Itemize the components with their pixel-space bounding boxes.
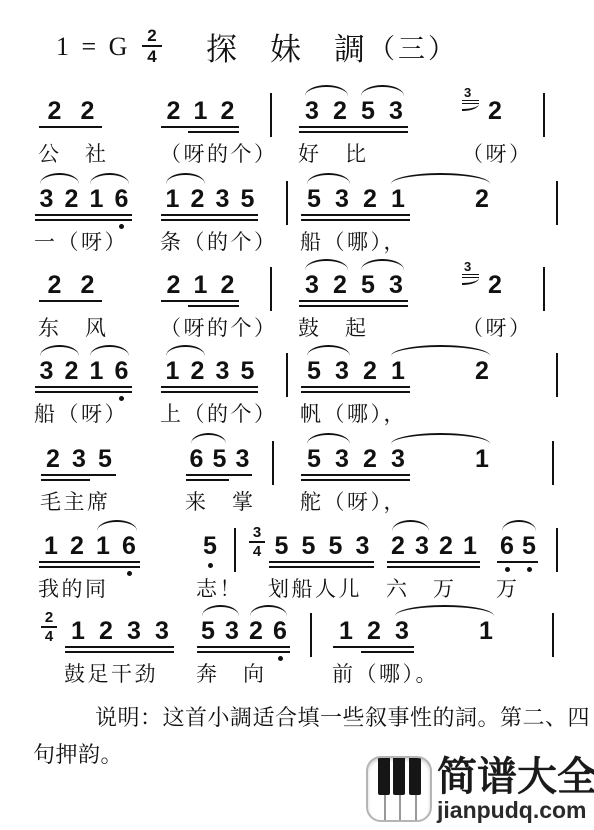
- octave-dot: [527, 567, 532, 572]
- lyric-text: 条（的个）: [160, 226, 278, 256]
- lyric-text: 六 万: [386, 573, 457, 603]
- underline-second: [387, 566, 480, 568]
- note-digit: 2: [64, 533, 90, 559]
- note-digit: 3: [384, 446, 412, 472]
- note-digit: 2: [386, 533, 410, 559]
- lyric-text: 志！: [196, 573, 243, 603]
- note-digit: 2: [59, 186, 84, 212]
- watermark-brand: 简谱大全: [437, 756, 594, 798]
- underline-second: [188, 305, 239, 307]
- notes-row: 3253: [298, 98, 410, 124]
- underline-second: [161, 391, 258, 393]
- note-group: 653来 掌: [185, 446, 254, 472]
- underline-second: [35, 219, 132, 221]
- note-digit: 2: [434, 533, 458, 559]
- note-digit: 1: [472, 618, 500, 644]
- note-spacer: [412, 358, 440, 384]
- underline: [161, 386, 258, 388]
- underline-second: [39, 566, 140, 568]
- note-digit: 3: [66, 446, 92, 472]
- note-digit: 1: [384, 186, 412, 212]
- watermark-text: 简谱大全 jianpudq.com: [437, 756, 594, 822]
- note-digit: 2: [59, 358, 84, 384]
- note-digit: 2: [356, 358, 384, 384]
- note-digit: 5: [268, 533, 295, 559]
- underline: [387, 561, 480, 563]
- note-spacer: [416, 618, 444, 644]
- slur: [391, 433, 490, 444]
- underline: [333, 646, 414, 648]
- slur: [166, 345, 205, 356]
- slur: [307, 433, 350, 444]
- note-group: 1231前（哪）。: [332, 618, 500, 644]
- note-digit: 2: [71, 98, 104, 124]
- black-key: [393, 758, 405, 795]
- note-digit: 3: [210, 358, 235, 384]
- notes-row: 235: [40, 446, 118, 472]
- note-group: 212（呀的个）: [160, 98, 241, 124]
- slur: [305, 85, 348, 96]
- notes-row: 32: [462, 98, 514, 124]
- slur: [305, 259, 348, 270]
- note-digit: 3: [210, 186, 235, 212]
- note-group: 32（呀）: [462, 98, 514, 124]
- underline: [301, 214, 410, 216]
- octave-dot: [127, 571, 132, 576]
- underline: [35, 214, 132, 216]
- underline: [41, 474, 116, 476]
- underline-second: [188, 131, 239, 133]
- notes-row: 1235: [160, 358, 260, 384]
- note-group: 22东 风: [38, 272, 104, 298]
- note-digit: 1: [84, 186, 109, 212]
- note-digit: 5: [322, 533, 349, 559]
- underline-second: [301, 391, 410, 393]
- underline: [39, 561, 140, 563]
- underline: [497, 561, 538, 563]
- note-digit: 3: [382, 272, 410, 298]
- underline: [301, 474, 410, 476]
- note-digit: 2: [40, 446, 66, 472]
- note-group: 1233鼓足干劲: [64, 618, 176, 644]
- note-digit: 6: [268, 618, 292, 644]
- note-group: 2321六 万: [386, 533, 482, 559]
- lyric-text: （呀）: [462, 138, 533, 168]
- slur: [250, 605, 287, 616]
- note-digit: 2: [326, 272, 354, 298]
- note-digit: 5: [300, 186, 328, 212]
- note-digit: 5: [208, 446, 231, 472]
- note-group: 3253好 比: [298, 98, 410, 124]
- underline-second: [361, 651, 414, 653]
- note-digit: 1: [84, 358, 109, 384]
- note-digit: 1: [90, 533, 116, 559]
- octave-dot: [278, 656, 283, 661]
- sheet-music-page: 1 = G 2 4 探妹調 （三） 22公 社212（呀的个）3253好 比32…: [0, 0, 594, 830]
- slur: [307, 345, 350, 356]
- note-digit: 1: [332, 618, 360, 644]
- note-digit: 3: [328, 186, 356, 212]
- note-group: 235毛主席: [40, 446, 118, 472]
- note-spacer: [412, 446, 440, 472]
- note-group: 1235上（的个）: [160, 358, 260, 384]
- note-group: 3216一（呀）: [34, 186, 134, 212]
- note-group: 22公 社: [38, 98, 104, 124]
- underline: [301, 386, 410, 388]
- grace-note: 3: [462, 260, 479, 286]
- note-digit: 5: [196, 618, 220, 644]
- note-digit: 5: [235, 358, 260, 384]
- underline: [299, 126, 408, 128]
- notes-row: 53212: [300, 186, 496, 212]
- note-spacer: [444, 618, 472, 644]
- note-digit: 2: [244, 618, 268, 644]
- note-digit: 6: [496, 533, 518, 559]
- note-digit: 5: [518, 533, 540, 559]
- white-key-separator: [399, 794, 401, 820]
- barline: [234, 528, 236, 572]
- time-signature: 24: [40, 610, 58, 644]
- slur: [40, 345, 79, 356]
- note-digit: 5: [300, 446, 328, 472]
- note-group: 53231舵（呀），: [300, 446, 496, 472]
- grace-note-digit: 3: [462, 260, 479, 278]
- slur: [307, 173, 350, 184]
- note-digit: 1: [187, 272, 214, 298]
- barline: [272, 441, 274, 485]
- note-digit: 5: [300, 358, 328, 384]
- note-digit: 3: [231, 446, 254, 472]
- notes-row: 3216: [34, 358, 134, 384]
- notes-row: 22: [38, 98, 104, 124]
- note-group: 32（呀）: [462, 272, 514, 298]
- grace-note-digit: 3: [462, 86, 479, 104]
- note-digit: 3: [410, 533, 434, 559]
- note-group: 53212帆（哪），: [300, 358, 496, 384]
- grace-slur: [462, 278, 479, 285]
- note-digit: 2: [481, 272, 509, 298]
- time-signature-numerator: 2: [45, 610, 53, 625]
- notes-row: 653: [185, 446, 254, 472]
- underline: [65, 646, 174, 648]
- note-digit: 2: [481, 98, 509, 124]
- underline-second: [301, 479, 410, 481]
- note-group: 3216船（呀）: [34, 358, 134, 384]
- underline-second: [197, 651, 290, 653]
- lyric-text: 上（的个）: [160, 398, 278, 428]
- note-digit: 1: [187, 98, 214, 124]
- slur: [97, 520, 137, 531]
- note-group: 1216我的同: [38, 533, 142, 559]
- notes-row: 1233: [64, 618, 176, 644]
- slur: [166, 173, 205, 184]
- underline-second: [41, 479, 90, 481]
- notes-row: 53212: [300, 358, 496, 384]
- lyric-text: 一（呀）: [34, 226, 128, 256]
- underline-second: [299, 131, 408, 133]
- barline: [543, 267, 545, 311]
- underline-second: [161, 219, 258, 221]
- watermark-site: jianpudq.com: [437, 798, 594, 822]
- white-key-separator: [384, 794, 386, 820]
- note-digit: 3: [382, 98, 410, 124]
- note-digit: 3: [388, 618, 416, 644]
- note-digit: 2: [326, 98, 354, 124]
- slur: [90, 173, 129, 184]
- barline: [270, 267, 272, 311]
- note-group: 53212船（哪），: [300, 186, 496, 212]
- barline: [556, 181, 558, 225]
- slur: [40, 173, 79, 184]
- notes-row: 1216: [38, 533, 142, 559]
- lyric-text: （呀）: [462, 312, 533, 342]
- note-digit: 5: [354, 272, 382, 298]
- slur: [502, 520, 536, 531]
- lyric-text: 奔 向: [196, 658, 267, 688]
- note-spacer: [412, 186, 440, 212]
- note-group: 5553划船人儿: [268, 533, 376, 559]
- note-digit: 1: [38, 533, 64, 559]
- note-group: 3253鼓 起: [298, 272, 410, 298]
- note-spacer: [440, 358, 468, 384]
- barline: [286, 353, 288, 397]
- note-group: 1235条（的个）: [160, 186, 260, 212]
- note-digit: 1: [384, 358, 412, 384]
- barline: [286, 181, 288, 225]
- lyric-text: （呀的个）: [160, 138, 278, 168]
- underline-second: [35, 391, 132, 393]
- note-digit: 3: [328, 446, 356, 472]
- underline: [39, 126, 102, 128]
- underline: [39, 300, 102, 302]
- note-digit: 6: [116, 533, 142, 559]
- slur: [392, 520, 429, 531]
- slur: [361, 259, 404, 270]
- piano-keys-icon: [366, 756, 432, 822]
- note-digit: 1: [458, 533, 482, 559]
- note-digit: 2: [38, 272, 71, 298]
- underline: [161, 214, 258, 216]
- lyric-text: 好 比: [298, 138, 369, 168]
- note-digit: 2: [185, 186, 210, 212]
- note-digit: 6: [185, 446, 208, 472]
- note-digit: 6: [109, 358, 134, 384]
- lyric-text: 船（呀）: [34, 398, 128, 428]
- note-digit: 5: [196, 533, 224, 559]
- lyric-text: 毛主席: [40, 486, 111, 516]
- slur: [191, 433, 227, 444]
- time-signature: 34: [248, 525, 266, 559]
- note-spacer: [440, 446, 468, 472]
- note-digit: 2: [92, 618, 120, 644]
- note-digit: 2: [468, 358, 496, 384]
- watermark: 简谱大全 jianpudq.com: [366, 756, 594, 822]
- slur: [395, 605, 494, 616]
- note-digit: 2: [185, 358, 210, 384]
- note-digit: 1: [160, 358, 185, 384]
- time-signature-denominator: 4: [45, 629, 53, 644]
- note-digit: 3: [34, 186, 59, 212]
- slur: [90, 345, 129, 356]
- lyric-text: 鼓足干劲: [64, 658, 158, 688]
- note-digit: 1: [160, 186, 185, 212]
- notes-row: 1235: [160, 186, 260, 212]
- lyric-text: 前（哪）。: [332, 658, 439, 688]
- notes-row: 5326: [196, 618, 292, 644]
- underline-second: [301, 219, 410, 221]
- lyric-text: 我的同: [38, 573, 109, 603]
- notes-row: 22: [38, 272, 104, 298]
- note-digit: 1: [468, 446, 496, 472]
- note-digit: 3: [34, 358, 59, 384]
- note-digit: 2: [356, 186, 384, 212]
- lyric-text: 帆（哪），: [300, 398, 407, 428]
- note-group: 5志！: [196, 533, 224, 559]
- notes-row: 32: [462, 272, 514, 298]
- note-digit: 3: [298, 98, 326, 124]
- barline: [270, 93, 272, 137]
- lyric-text: 划船人儿: [268, 573, 362, 603]
- barline: [310, 613, 312, 657]
- barline: [552, 441, 554, 485]
- underline-second: [299, 305, 408, 307]
- white-key-separator: [415, 794, 417, 820]
- note-digit: 3: [220, 618, 244, 644]
- lyric-text: 公 社: [38, 138, 109, 168]
- lyric-text: 鼓 起: [298, 312, 369, 342]
- underline: [299, 300, 408, 302]
- slur: [391, 173, 490, 184]
- note-digit: 6: [109, 186, 134, 212]
- lyric-text: 东 风: [38, 312, 109, 342]
- barline: [556, 353, 558, 397]
- notes-row: 2321: [386, 533, 482, 559]
- note-digit: 2: [160, 98, 187, 124]
- note-group: 212（呀的个）: [160, 272, 241, 298]
- note-digit: 2: [360, 618, 388, 644]
- notes-row: 212: [160, 272, 241, 298]
- grace-slur: [462, 104, 479, 111]
- note-group: 65万: [496, 533, 540, 559]
- black-key: [378, 758, 390, 795]
- notes-row: 53231: [300, 446, 496, 472]
- underline: [161, 300, 239, 302]
- underline-second: [269, 566, 374, 568]
- note-digit: 3: [120, 618, 148, 644]
- lyric-text: 万: [496, 573, 520, 603]
- underline: [197, 646, 290, 648]
- octave-dot: [208, 563, 213, 568]
- note-digit: 2: [160, 272, 187, 298]
- note-digit: 5: [92, 446, 118, 472]
- lyric-text: 来 掌: [185, 486, 256, 516]
- note-digit: 5: [354, 98, 382, 124]
- octave-dot: [505, 567, 510, 572]
- notes-row: 5: [196, 533, 224, 559]
- note-digit: 1: [64, 618, 92, 644]
- slur: [361, 85, 404, 96]
- underline: [161, 126, 239, 128]
- note-digit: 3: [349, 533, 376, 559]
- notes-row: 1231: [332, 618, 500, 644]
- underline-second: [186, 479, 229, 481]
- lyric-text: 船（哪），: [300, 226, 407, 256]
- time-signature-denominator: 4: [253, 544, 261, 559]
- note-digit: 2: [356, 446, 384, 472]
- slur: [202, 605, 239, 616]
- underline: [269, 561, 374, 563]
- barline: [543, 93, 545, 137]
- notes-row: 3253: [298, 272, 410, 298]
- note-digit: 3: [328, 358, 356, 384]
- note-digit: 2: [71, 272, 104, 298]
- barline: [552, 613, 554, 657]
- notes-row: 5553: [268, 533, 376, 559]
- note-digit: 5: [295, 533, 322, 559]
- lyric-text: 舵（呀），: [300, 486, 407, 516]
- note-digit: 3: [298, 272, 326, 298]
- notes-row: 212: [160, 98, 241, 124]
- lyric-text: （呀的个）: [160, 312, 278, 342]
- black-key: [409, 758, 421, 795]
- notes-row: 3216: [34, 186, 134, 212]
- grace-note: 3: [462, 86, 479, 112]
- note-digit: 2: [38, 98, 71, 124]
- note-digit: 3: [148, 618, 176, 644]
- note-digit: 5: [235, 186, 260, 212]
- note-group: 5326奔 向: [196, 618, 292, 644]
- time-signature-numerator: 3: [253, 525, 261, 540]
- underline: [186, 474, 252, 476]
- note-spacer: [440, 186, 468, 212]
- note-digit: 2: [214, 272, 241, 298]
- note-digit: 2: [214, 98, 241, 124]
- underline: [35, 386, 132, 388]
- notes-row: 65: [496, 533, 540, 559]
- note-digit: 2: [468, 186, 496, 212]
- underline-second: [65, 651, 174, 653]
- slur: [391, 345, 490, 356]
- barline: [556, 528, 558, 572]
